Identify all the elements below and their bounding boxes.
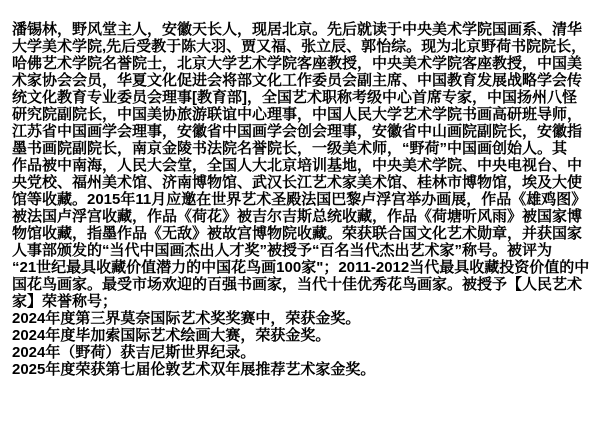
text-line: 2024年（野荷）获吉尼斯世界纪录。 — [12, 344, 590, 361]
biography-text: 潘锡林，野风堂主人，安徽天长人，现居北京。先后就读于中央美术学院国画系、清华大学… — [12, 21, 590, 378]
text-line: 潘锡林，野风堂主人，安徽天长人，现居北京。先后就读于中央美术学院国画系、清华 — [12, 21, 590, 38]
text-line: 2025年度荣获第七届伦敦艺术双年展推荐艺术家金奖。 — [12, 361, 590, 378]
document-page: 潘锡林，野风堂主人，安徽天长人，现居北京。先后就读于中央美术学院国画系、清华大学… — [0, 0, 600, 424]
text-line: 馆等收藏。2015年11月应邀在世界艺术圣殿法国巴黎卢浮宫举办画展，作品《雄鸡图… — [12, 191, 590, 208]
text-line: 统文化教育专业委员会理事[教育部]，全国艺术职称考级中心首席专家，中国扬州八怪 — [12, 89, 590, 106]
text-line: 哈佛艺术学院名誉院士，北京大学艺术学院客座教授，中央美术学院客座教授，中国美 — [12, 55, 590, 72]
text-line: 研究院副院长，中国美协旅游联谊中心理事，中国人民大学艺术学院书画高研班导师， — [12, 106, 590, 123]
text-line: 人事部颁发的“当代中国画杰出人才奖”被授予“百名当代杰出艺术家”称号。被评为 — [12, 242, 590, 259]
text-line: 物馆收藏，指墨作品《无敌》被故宫博物院收藏。荣获联合国文化艺术勋章，并获国家 — [12, 225, 590, 242]
text-line: 2024年度毕加索国际艺术绘画大赛，荣获金奖。 — [12, 327, 590, 344]
text-line: 墨书画院副院长，南京金陵书法院名誉院长，一级美术师，“野荷”中国画创始人。其 — [12, 140, 590, 157]
text-line: 大学美术学院,先后受教于陈大羽、贾又福、张立辰、郭怡综。现为北京野荷书院院长， — [12, 38, 590, 55]
text-line: 央党校、福州美术馆、济南博物馆、武汉长江艺术家美术馆、桂林市博物馆，埃及大使 — [12, 174, 590, 191]
text-line: 术家协会会员，华夏文化促进会将部文化工作委员会副主席、中国教育发展战略学会传 — [12, 72, 590, 89]
text-line: 家】荣誉称号； — [12, 293, 590, 310]
text-line: 国花鸟画家。最受市场欢迎的百强书画家，当代十佳优秀花鸟画家。被授予【人民艺术 — [12, 276, 590, 293]
text-line: 作品被中南海，人民大会堂，全国人大北京培训基地，中央美术学院、中央电视台、中 — [12, 157, 590, 174]
text-line: 江苏省中国画学会理事，安徽省中国画学会创会理事，安徽省中山画院副院长，安徽指 — [12, 123, 590, 140]
text-line: 被法国卢浮宫收藏，作品《荷花》被吉尔吉斯总统收藏，作品《荷塘听风雨》被国家博 — [12, 208, 590, 225]
text-line: 2024年度第三界莫奈国际艺术奖奖赛中，荣获金奖。 — [12, 310, 590, 327]
text-line: “21世纪最具收藏价值潜力的中国花鸟画100家"；2011-2012当代最具收藏… — [12, 259, 590, 276]
